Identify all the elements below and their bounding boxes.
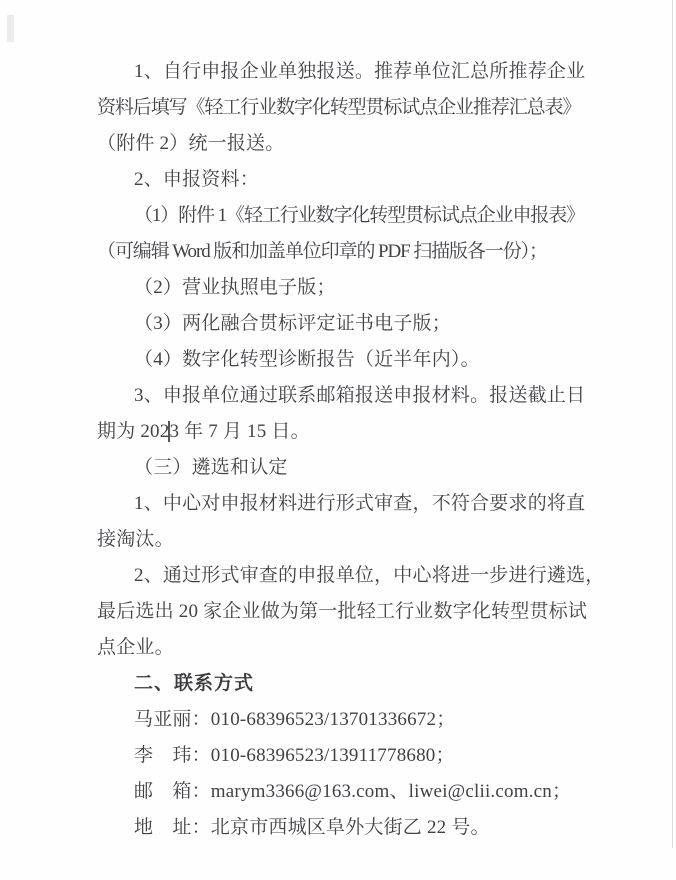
document-line: 2、通过形式审查的申报单位，中心将进一步进行遴选，: [97, 558, 607, 594]
document-line: 3、申报单位通过联系邮箱报送申报材料。报送截止日: [97, 378, 607, 414]
contact-line-phone-1: 马亚丽：010-68396523/13701336672；: [97, 702, 607, 738]
document-line: （4）数字化转型诊断报告（近半年内）。: [97, 342, 607, 378]
document-line: 最后选出 20 家企业做为第一批轻工行业数字化转型贯标试: [97, 594, 607, 630]
document-line: 点企业。: [97, 630, 607, 666]
document-line: 1、自行申报企业单独报送。推荐单位汇总所推荐企业: [97, 54, 607, 90]
document-line: 1、中心对申报材料进行形式审查，不符合要求的将直: [97, 486, 607, 522]
document-line: 资料后填写《轻工行业数字化转型贯标试点企业推荐汇总表》: [97, 90, 607, 126]
document-line: （可编辑 Word 版和加盖单位印章的 PDF 扫描版各一份）；: [97, 234, 607, 270]
document-line-section-selection: （三）遴选和认定: [97, 450, 607, 486]
document-body: 1、自行申报企业单独报送。推荐单位汇总所推荐企业 资料后填写《轻工行业数字化转型…: [97, 54, 607, 846]
scan-edge-artifact: [672, 0, 673, 848]
contact-line-address: 地 址：北京市西城区阜外大街乙 22 号。: [97, 810, 607, 846]
document-line: 2、申报资料：: [97, 162, 607, 198]
document-line: （1）附件 1《轻工行业数字化转型贯标试点企业申报表》: [97, 198, 607, 234]
document-line: （2）营业执照电子版；: [97, 270, 607, 306]
contact-line-email: 邮 箱：marym3366@163.com、liwei@clii.com.cn；: [97, 774, 607, 810]
document-line: 接淘汰。: [97, 522, 607, 558]
contact-section-heading: 二、联系方式: [97, 666, 607, 702]
document-line: （3）两化融合贯标评定证书电子版；: [97, 306, 607, 342]
document-line: （附件 2）统一报送。: [97, 126, 607, 162]
scan-corner-artifact: [7, 15, 14, 42]
scanned-document-page: 1、自行申报企业单独报送。推荐单位汇总所推荐企业 资料后填写《轻工行业数字化转型…: [0, 0, 676, 880]
contact-line-phone-2: 李 玮：010-68396523/13911778680；: [97, 738, 607, 774]
document-line-deadline: 期为 2023 年 7 月 15 日。: [97, 414, 607, 450]
